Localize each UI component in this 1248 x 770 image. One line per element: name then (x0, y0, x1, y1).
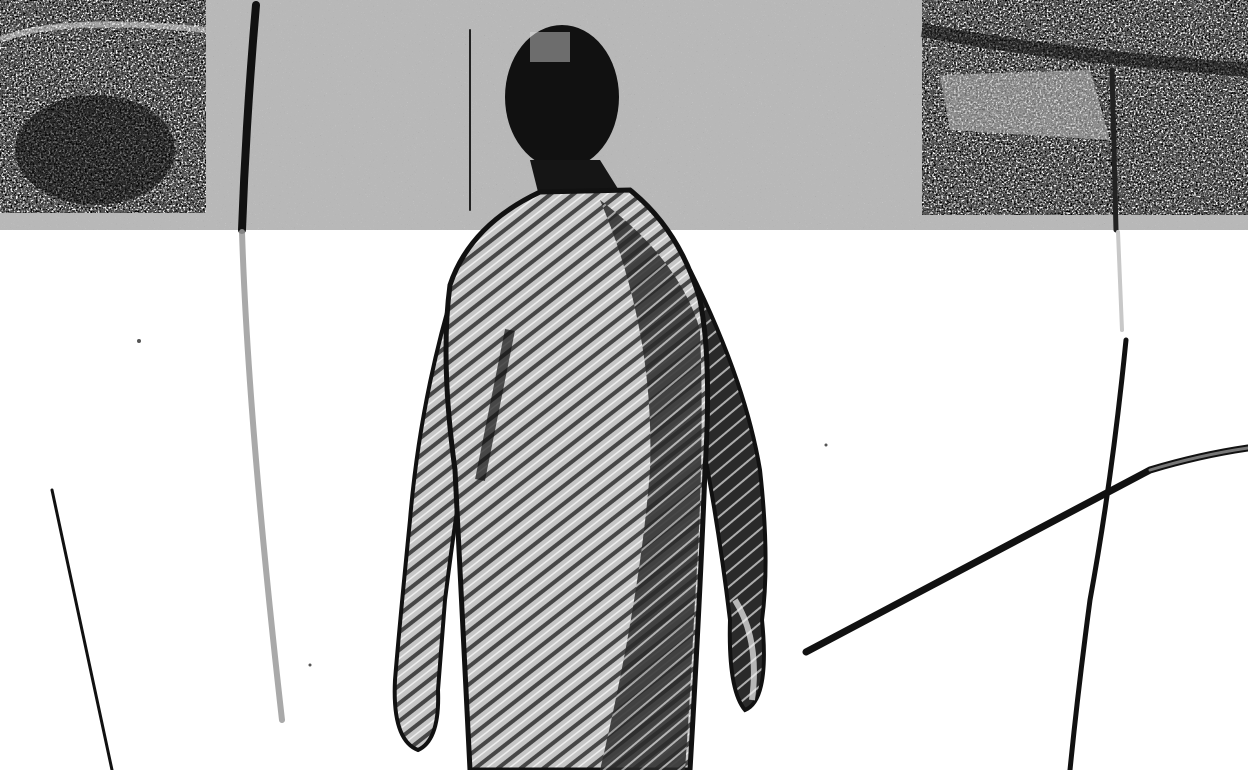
left-dark-photo-panel (0, 0, 206, 213)
artwork-canvas (0, 0, 1248, 770)
right-dark-photo-panel (922, 0, 1248, 215)
